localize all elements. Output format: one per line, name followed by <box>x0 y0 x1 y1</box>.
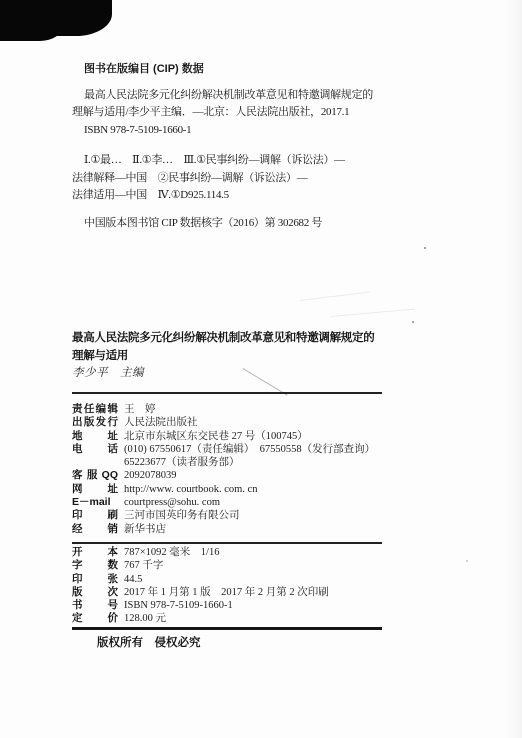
colophon-value: 新华书店 <box>118 524 166 535</box>
colophon-label: 责任编辑 <box>72 403 118 416</box>
colophon-label: E－mail <box>72 496 118 509</box>
cip-classification: Ⅰ.①最… Ⅱ.①李… Ⅲ.①民事纠纷—调解（诉讼法）— 法律解释—中国 ②民事… <box>72 152 402 205</box>
colophon-label: 电话 <box>72 443 118 456</box>
colophon-row: 版次2017 年 1 月第 1 版 2017 年 2 月第 2 次印刷 <box>72 586 402 599</box>
publisher-info-list: 责任编辑王 婷出版发行人民法院出版社地址北京市东城区东交民巷 27 号（1007… <box>72 403 402 536</box>
scan-corner-artifact <box>0 0 62 41</box>
cip-block: 图书在版编目 (CIP) 数据 最高人民法院多元化纠纷解决机制改革意见和特邀调解… <box>72 61 402 232</box>
cip-paragraph: 最高人民法院多元化纠纷解决机制改革意见和特邀调解规定的 理解与适用/李少平主编．… <box>72 87 402 140</box>
colophon-value: 65223677（读者服务部） <box>118 457 240 468</box>
cip-para-line: 理解与适用/李少平主编．—北京：人民法院出版社，2017.1 <box>72 104 402 122</box>
colophon-row: 印张44.5 <box>72 573 402 586</box>
colophon-row: 开本787×1092 毫米 1/16 <box>72 546 402 559</box>
cip-heading: 图书在版编目 (CIP) 数据 <box>72 61 402 79</box>
colophon-row: 出版发行人民法院出版社 <box>72 416 402 429</box>
colophon-row: 65223677（读者服务部） <box>72 456 402 469</box>
colophon-value: 44.5 <box>118 574 142 585</box>
colophon-label: 版次 <box>72 586 118 599</box>
copyright-notice: 版权所有 侵权必究 <box>97 634 201 650</box>
colophon-value: 北京市东城区东交民巷 27 号（100745） <box>118 431 308 442</box>
cip-class-line: 法律解释—中国 ②民事纠纷—调解（诉讼法）— <box>72 170 402 188</box>
colophon-row: 客服QQ2092078039 <box>72 469 402 482</box>
colophon-row: 地址北京市东城区东交民巷 27 号（100745） <box>72 430 402 443</box>
colophon-row: 电话(010) 67550617（责任编辑） 67550558（发行部查询） <box>72 443 402 456</box>
divider-rule-top <box>72 392 382 394</box>
book-copyright-page: 图书在版编目 (CIP) 数据 最高人民法院多元化纠纷解决机制改革意见和特邀调解… <box>0 0 522 738</box>
colophon-value: courtpress@sohu. com <box>118 497 220 508</box>
colophon-value: (010) 67550617（责任编辑） 67550558（发行部查询） <box>118 444 375 455</box>
colophon-label: 书号 <box>72 599 118 612</box>
colophon-value: 2092078039 <box>118 470 177 481</box>
cip-class-line: 法律适用—中国 Ⅳ.①D925.114.5 <box>72 187 402 205</box>
colophon-row: E－mailcourtpress@sohu. com <box>72 496 402 509</box>
colophon-label: 定价 <box>72 612 118 625</box>
colophon-row: 经销新华书店 <box>72 523 402 536</box>
book-author: 李少平 主编 <box>72 365 402 383</box>
colophon-row: 网址http://www. courtbook. com. cn <box>72 483 402 496</box>
scan-edge-shading <box>504 0 522 738</box>
book-title-line1: 最高人民法院多元化纠纷解决机制改革意见和特邀调解规定的 <box>72 330 402 348</box>
colophon-label: 客服QQ <box>72 469 118 482</box>
scan-speck <box>412 321 414 323</box>
colophon-value: http://www. courtbook. com. cn <box>118 484 257 495</box>
format-info-list: 开本787×1092 毫米 1/16字数767 千字印张44.5版次2017 年… <box>72 546 402 626</box>
colophon-row: 定价128.00 元 <box>72 612 402 625</box>
colophon-label: 字数 <box>72 559 118 572</box>
divider-rule-bottom <box>72 627 382 630</box>
colophon-label: 经销 <box>72 523 118 536</box>
colophon-value: 人民法院出版社 <box>118 417 198 428</box>
divider-rule-middle <box>72 542 382 544</box>
cip-record-number: 中国版本图书馆 CIP 数据核字（2016）第 302682 号 <box>72 215 402 233</box>
colophon-row: 字数767 千字 <box>72 559 402 572</box>
colophon-label: 网址 <box>72 483 118 496</box>
cip-para-line: 最高人民法院多元化纠纷解决机制改革意见和特邀调解规定的 <box>72 87 402 105</box>
scan-speck <box>424 247 426 249</box>
scan-smudge <box>330 309 415 317</box>
cip-class-line: Ⅰ.①最… Ⅱ.①李… Ⅲ.①民事纠纷—调解（诉讼法）— <box>72 152 402 170</box>
colophon-row: 书号ISBN 978-7-5109-1660-1 <box>72 599 402 612</box>
colophon-value: 三河市国英印务有限公司 <box>118 510 240 521</box>
colophon-value: 王 婷 <box>118 404 156 415</box>
colophon-row: 责任编辑王 婷 <box>72 403 402 416</box>
colophon-label: 出版发行 <box>72 416 118 429</box>
colophon-label: 地址 <box>72 430 118 443</box>
colophon-row: 印刷三河市国英印务有限公司 <box>72 509 402 522</box>
colophon-value: 767 千字 <box>118 560 163 571</box>
scan-smudge <box>300 291 370 301</box>
book-title-line2: 理解与适用 <box>72 348 402 366</box>
title-block: 最高人民法院多元化纠纷解决机制改革意见和特邀调解规定的 理解与适用 李少平 主编 <box>72 330 402 383</box>
colophon-value: 2017 年 1 月第 1 版 2017 年 2 月第 2 次印刷 <box>118 587 329 598</box>
colophon-value: 787×1092 毫米 1/16 <box>118 547 219 558</box>
colophon-value: ISBN 978-7-5109-1660-1 <box>118 600 233 611</box>
colophon-label: 印刷 <box>72 509 118 522</box>
colophon-label: 印张 <box>72 573 118 586</box>
cip-isbn: ISBN 978-7-5109-1660-1 <box>72 122 402 140</box>
scan-speck <box>466 560 468 562</box>
colophon-label: 开本 <box>72 546 118 559</box>
colophon-value: 128.00 元 <box>118 613 166 624</box>
